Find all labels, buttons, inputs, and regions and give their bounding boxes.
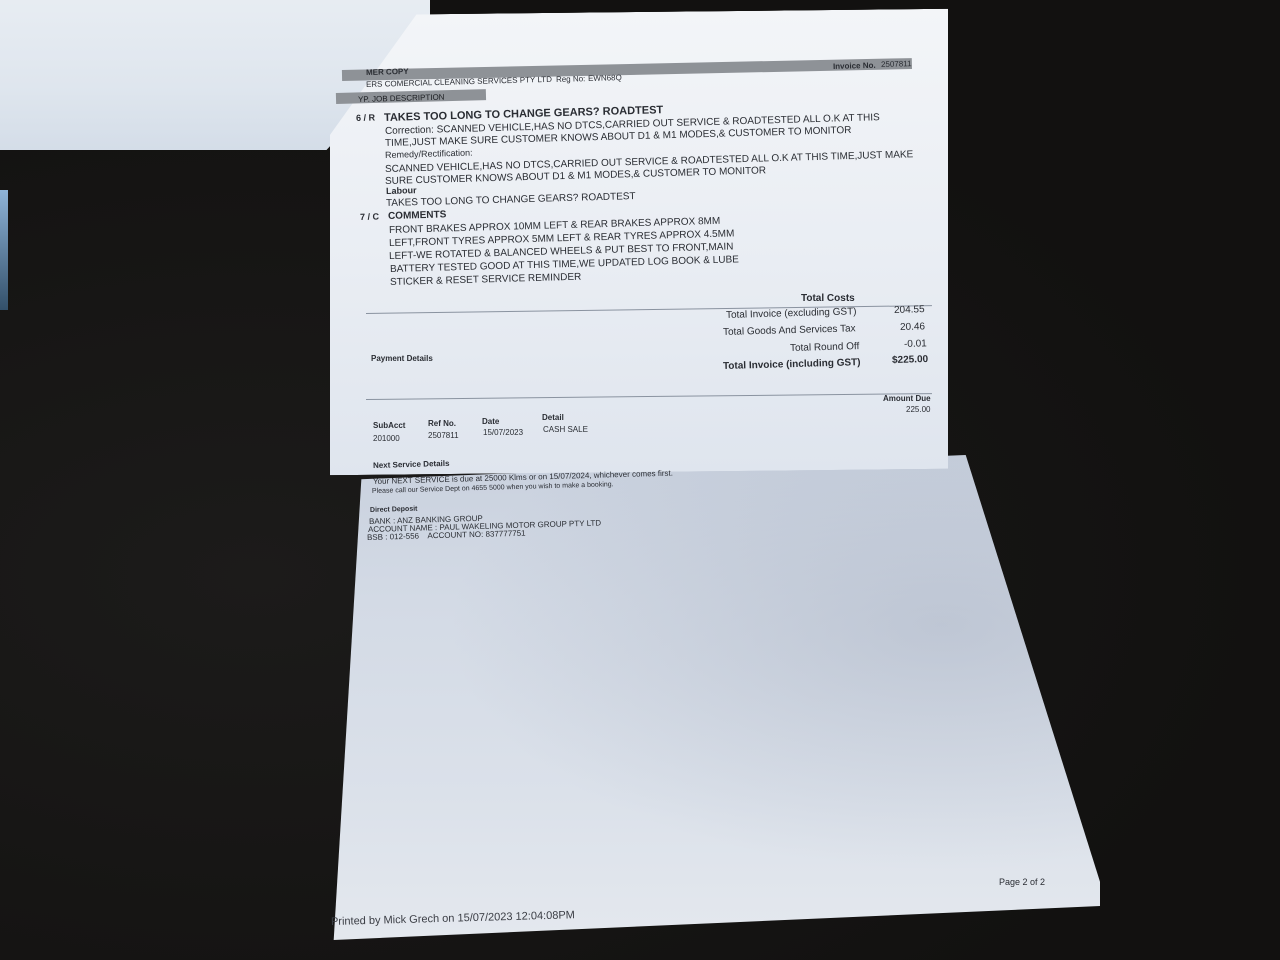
copy-label: MER COPY bbox=[366, 67, 409, 77]
total-ex-gst-value: 204.55 bbox=[894, 304, 925, 316]
job-code: 6 / R bbox=[356, 112, 375, 123]
cell-date: 15/07/2023 bbox=[483, 428, 523, 437]
cell-subacct: 201000 bbox=[373, 434, 400, 443]
round-off-label: Total Round Off bbox=[790, 341, 860, 354]
cell-ref-no: 2507811 bbox=[428, 431, 459, 440]
round-off-value: -0.01 bbox=[904, 338, 927, 350]
reg-value: EWN68Q bbox=[588, 73, 622, 83]
total-gst-value: 20.46 bbox=[900, 321, 925, 333]
col-detail: Detail bbox=[542, 413, 564, 422]
page-number: Page 2 of 2 bbox=[999, 877, 1045, 887]
cell-detail: CASH SALE bbox=[543, 425, 588, 434]
job-code: 7 / C bbox=[360, 211, 379, 222]
job-title: COMMENTS bbox=[388, 209, 447, 222]
labour-label: Labour bbox=[386, 185, 417, 196]
direct-deposit-heading: Direct Deposit bbox=[370, 506, 418, 514]
amount-due-value: 225.00 bbox=[906, 405, 930, 414]
col-ref-no: Ref No. bbox=[428, 419, 456, 428]
reg-label: Reg No: bbox=[556, 74, 586, 84]
invoice-label: Invoice No. bbox=[833, 61, 876, 71]
side-object-edge bbox=[0, 190, 8, 310]
col-subacct: SubAcct bbox=[373, 421, 405, 430]
invoice-number: 2507811 bbox=[881, 59, 912, 69]
total-costs-heading: Total Costs bbox=[801, 293, 855, 304]
amount-due-label: Amount Due bbox=[883, 394, 931, 403]
total-incl-gst-value: $225.00 bbox=[892, 354, 928, 366]
col-date: Date bbox=[482, 417, 499, 426]
payment-details-heading: Payment Details bbox=[371, 354, 433, 363]
